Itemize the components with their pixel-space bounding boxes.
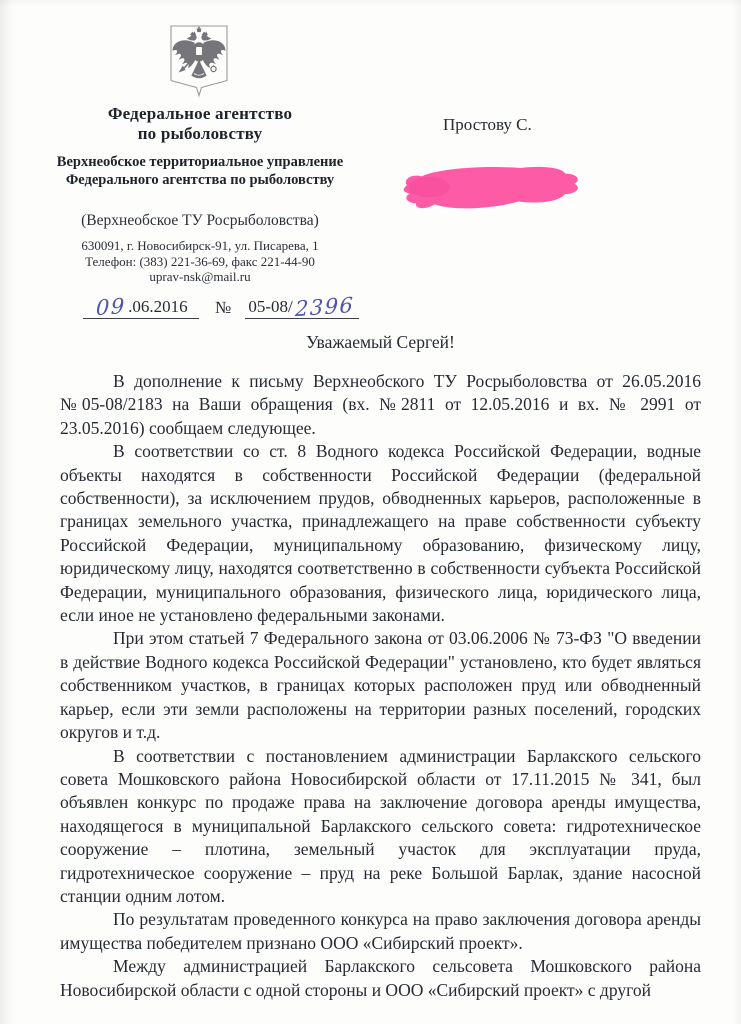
coat-of-arms-icon [170,25,228,98]
body-paragraph: В соответствии с постановлением админист… [60,745,701,909]
date-number-line: 09 .06.2016 № 05-08/ 2396 [83,290,359,319]
letter-body: В дополнение к письму Верхнеобского ТУ Р… [60,370,701,1002]
salutation: Уважаемый Сергей! [60,332,701,353]
printed-number-prefix: 05-08/ [248,297,292,317]
scanned-letter-page: Федеральное агентство по рыболовству Вер… [0,0,741,1024]
email-address: uprav-nsk@mail.ru [40,269,360,285]
contact-block: 630091, г. Новосибирск-91, ул. Писарева,… [40,238,360,285]
agency-name: Федеральное агентство по рыболовству [40,104,360,144]
body-paragraph: Между администрацией Барлакского сельсов… [60,955,701,1002]
agency-short-name: (Верхнеобское ТУ Росрыболовства) [40,212,360,230]
postal-address: 630091, г. Новосибирск-91, ул. Писарева,… [40,238,360,254]
phone-line: Телефон: (383) 221-36-69, факс 221-44-90 [40,254,360,270]
body-paragraph: По результатам проведенного конкурса на … [60,908,701,955]
date-field: 09 .06.2016 [83,297,199,319]
body-paragraph: В соответствии со ст. 8 Водного кодекса … [60,440,701,627]
number-field: 05-08/ 2396 [245,297,359,319]
printed-date: .06.2016 [128,297,188,317]
handwritten-number: 2396 [294,295,354,319]
handwritten-day: 09 [96,296,126,318]
body-paragraph: В дополнение к письму Верхнеобского ТУ Р… [60,370,701,440]
division-name: Верхнеобское территориальное управление … [42,153,358,189]
body-paragraph: При этом статьей 7 Федерального закона о… [60,627,701,744]
pink-marker-redaction [393,161,592,215]
number-sign: № [215,298,231,318]
recipient-name: Простову С. [443,115,532,135]
